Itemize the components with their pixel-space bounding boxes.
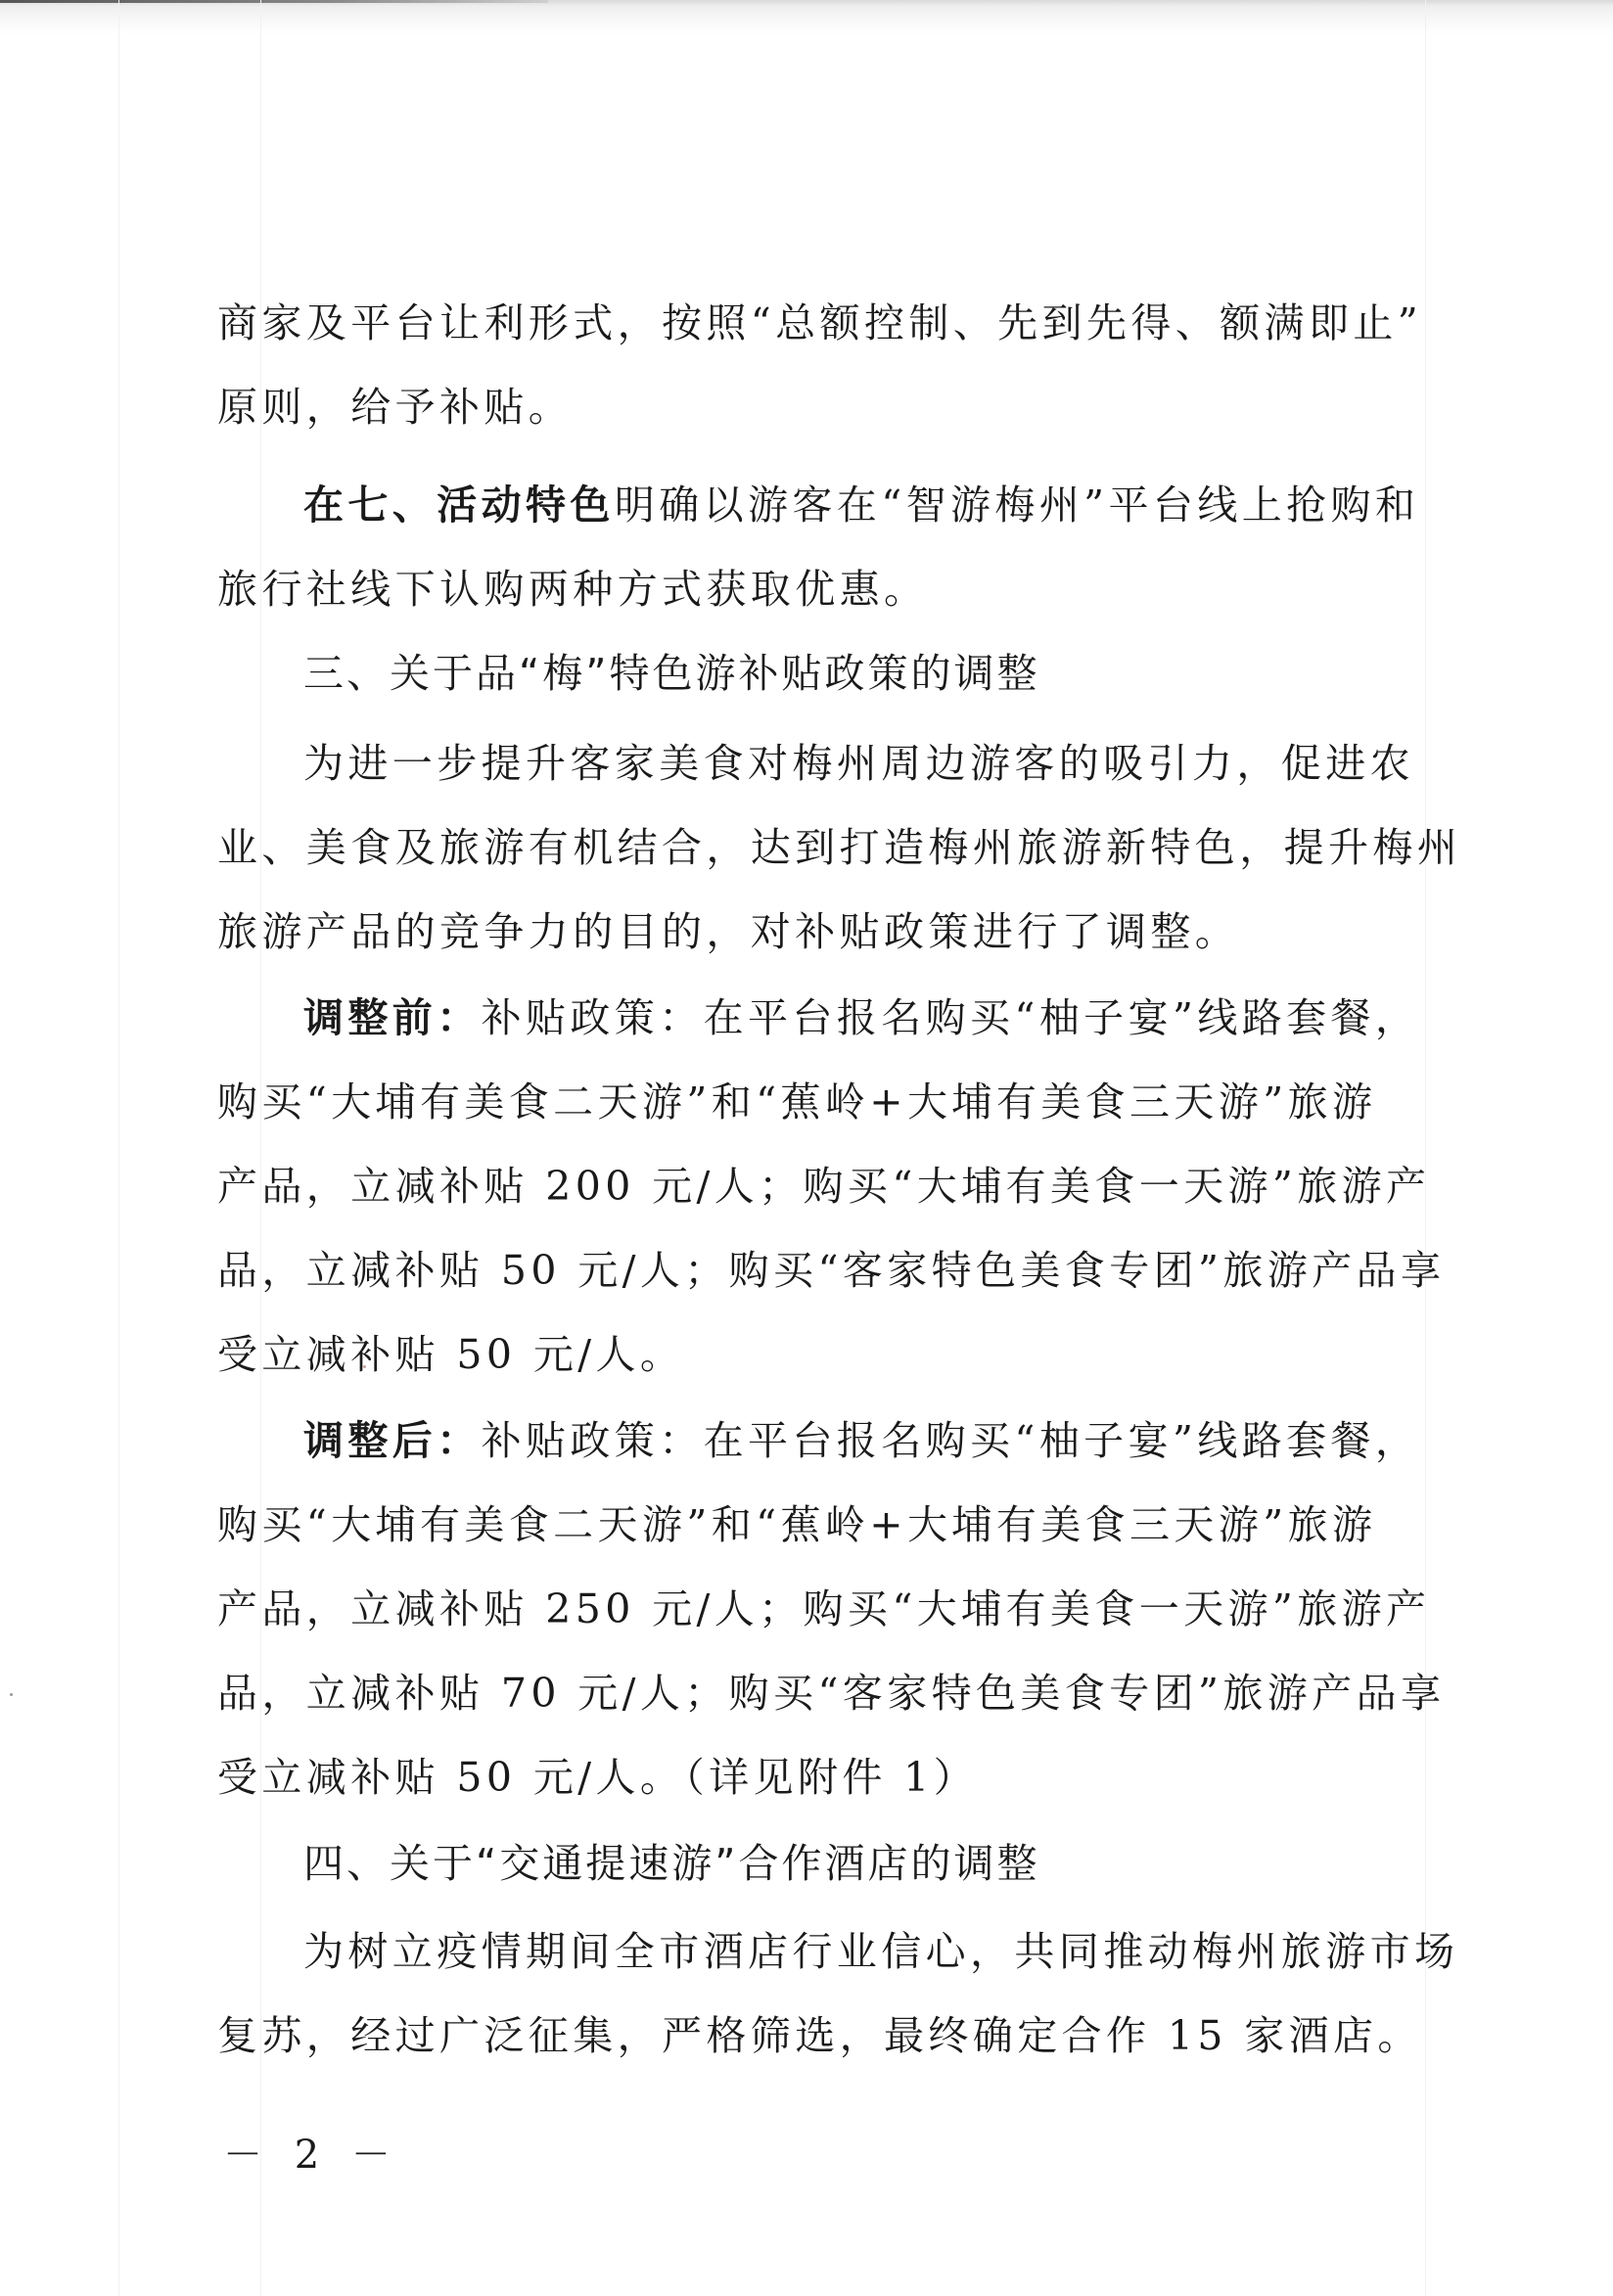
scan-edge-dark: [0, 0, 548, 3]
paragraph-line: 受立减补贴 50 元/人。: [217, 1325, 684, 1384]
paragraph-line: 产品，立减补贴 200 元/人；购买“大埔有美食一天游”旅游产: [217, 1157, 1430, 1216]
paragraph-line: 商家及平台让利形式，按照“总额控制、先到先得、额满即止”: [217, 294, 1422, 352]
scan-speck: [363, 1365, 366, 1368]
paragraph-line: 受立减补贴 50 元/人。（详见附件 1）: [217, 1748, 978, 1807]
paragraph-line: 旅行社线下认购两种方式获取优惠。: [217, 560, 928, 619]
scan-edge-shadow: [0, 0, 1613, 35]
paragraph-text: 明确以游客在“智游梅州”平台线上抢购和: [615, 482, 1420, 528]
paragraph-line: 调整后：补贴政策：在平台报名购买“柚子宴”线路套餐，: [303, 1411, 1419, 1470]
paragraph-text: 补贴政策：在平台报名购买“柚子宴”线路套餐，: [482, 994, 1420, 1041]
paragraph-line: 原则，给予补贴。: [217, 378, 573, 436]
paragraph-line: 调整前：补贴政策：在平台报名购买“柚子宴”线路套餐，: [303, 988, 1419, 1047]
section-heading: 三、关于品“梅”特色游补贴政策的调整: [303, 644, 1039, 703]
scan-speck: [10, 1693, 13, 1696]
paragraph-line: 产品，立减补贴 250 元/人；购买“大埔有美食一天游”旅游产: [217, 1580, 1430, 1638]
paragraph-line: 复苏，经过广泛征集，严格筛选，最终确定合作 15 家酒店。: [217, 2006, 1422, 2065]
paragraph-line: 旅游产品的竞争力的目的，对补贴政策进行了调整。: [217, 902, 1239, 961]
bold-lead: 调整前：: [303, 994, 482, 1041]
bold-lead: 调整后：: [303, 1417, 482, 1464]
paragraph-line: 业、美食及旅游有机结合，达到打造梅州旅游新特色，提升梅州: [217, 818, 1461, 877]
page-number: － 2 －: [223, 2124, 400, 2180]
paragraph-line: 品，立减补贴 50 元/人；购买“客家特色美食专团”旅游产品享: [217, 1241, 1445, 1300]
paragraph-text: 补贴政策：在平台报名购买“柚子宴”线路套餐，: [482, 1417, 1420, 1464]
section-heading: 四、关于“交通提速游”合作酒店的调整: [303, 1834, 1039, 1893]
paragraph-line: 购买“大埔有美食二天游”和“蕉岭+大埔有美食三天游”旅游: [217, 1073, 1376, 1131]
paragraph-line: 为进一步提升客家美食对梅州周边游客的吸引力，促进农: [303, 734, 1414, 793]
paragraph-line: 为树立疫情期间全市酒店行业信心，共同推动梅州旅游市场: [303, 1922, 1458, 1981]
paragraph-line: 在七、活动特色明确以游客在“智游梅州”平台线上抢购和: [303, 476, 1419, 534]
paragraph-line: 品，立减补贴 70 元/人；购买“客家特色美食专团”旅游产品享: [217, 1664, 1445, 1722]
fold-line: [118, 0, 119, 2296]
paragraph-line: 购买“大埔有美食二天游”和“蕉岭+大埔有美食三天游”旅游: [217, 1495, 1376, 1554]
bold-lead: 在七、活动特色: [303, 482, 615, 528]
